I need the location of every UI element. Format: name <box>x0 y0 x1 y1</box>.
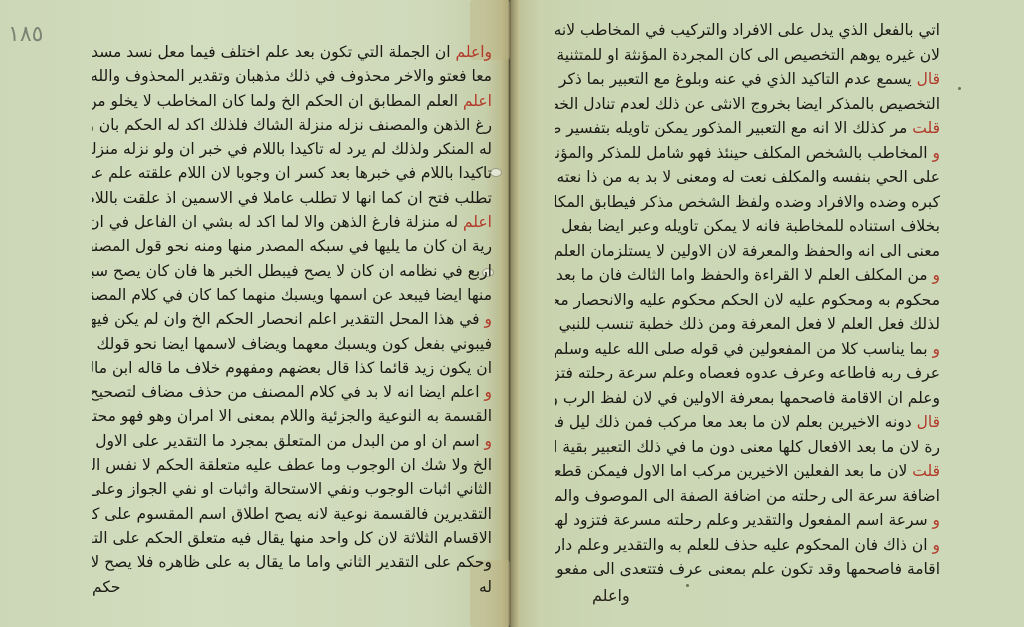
manuscript-line: له المنكر ولذلك لم يرد له تاكيدا باللام … <box>92 137 492 161</box>
line-text: اعلم ايضا انه لا بد في كلام المصنف من حذ… <box>92 383 485 401</box>
manuscript-line: لذلك فعل العلم لا فعل المعرفة ومن ذلك خط… <box>555 312 940 337</box>
manuscript-line: واعلم ان الجملة التي تكون بعد علم اختلف … <box>92 40 492 64</box>
rubric-word: قلت <box>912 462 940 480</box>
manuscript-line: قال يسمع عدم التاكيد الذي في عنه وبلوغ م… <box>555 67 940 92</box>
line-text: لان ما بعد الفعلين الاخيرين مركب اما الا… <box>555 462 912 480</box>
manuscript-line: اعلم له منزلة فارغ الذهن والا لما اكد له… <box>92 210 492 234</box>
rubric-word: اعلم <box>463 92 492 110</box>
manuscript-line: كبره وضده والافراد وضده ولفظ الشخص مذكر … <box>555 190 940 215</box>
rubric-word: و <box>933 144 941 162</box>
line-text: تاكيدا باللام في خبرها بعد كسر ان وجوبا … <box>92 164 492 182</box>
manuscript-line: محكوم به ومحكوم عليه لان الحكم محكوم علي… <box>555 288 940 313</box>
line-text: التخصيص بالمذكر ايضا بخروج الانثى عن ذلك… <box>555 95 940 113</box>
line-text: الاقسام الثلاثة لان كل واحد منها يقال في… <box>92 529 492 547</box>
manuscript-line: منها ايضا فيبعد عن اسمها ويسبك منهما كما… <box>92 283 492 307</box>
line-text: محكوم به ومحكوم عليه لان الحكم محكوم علي… <box>555 291 940 309</box>
line-text: منها ايضا فيبعد عن اسمها ويسبك منهما كما… <box>92 286 492 304</box>
line-text: القسمة به النوعية والجزئية واللام بمعنى … <box>92 407 492 425</box>
manuscript-line: عرف ربه فاطاعه وعرف عدوه فعصاه وعلم سرعة… <box>555 361 940 386</box>
manuscript-line: و اعلم ايضا انه لا بد في كلام المصنف من … <box>92 380 492 404</box>
line-text: العلم المطابق ان الحكم الخ ولما كان المخ… <box>92 92 463 110</box>
rubric-word: و <box>933 340 941 358</box>
manuscript-line: و ان ذاك فان المحكوم عليه حذف للعلم به و… <box>555 533 940 558</box>
rubric-word: و <box>485 432 493 450</box>
manuscript-line: معا فعتو والاخر محذوف في ذلك مذهبان وتقد… <box>92 64 492 88</box>
manuscript-line: التقديرين فالقسمة نوعية لانه يصح اطلاق ا… <box>92 502 492 526</box>
line-text: على الحي بنفسه والمكلف نعت له ومعنى لا ب… <box>555 168 940 186</box>
rubric-word: اعلم <box>463 213 492 231</box>
line-text: يسمع عدم التاكيد الذي في عنه وبلوغ مع ال… <box>555 70 917 88</box>
line-text: فيبوني بفعل كون ويسبك معهما ويضاف لاسمها… <box>92 335 492 353</box>
manuscript-line: له حكم <box>92 575 492 599</box>
line-text: اضافة سرعة الى رحلته من اضافة الصفة الى … <box>555 487 940 505</box>
line-text: ان يكون زيد قائما كذا قال بعضهم ومفهوم خ… <box>92 359 492 377</box>
line-text: سرعة اسم المفعول والتقدير وعلم رحلته مسر… <box>555 511 933 529</box>
rubric-word: قال <box>917 413 940 431</box>
manuscript-line: و من المكلف العلم لا القراءة والحفظ واما… <box>555 263 940 288</box>
manuscript-line: رة لان ما بعد الافعال كلها معنى دون ما ف… <box>555 435 940 460</box>
manuscript-line: الاقسام الثلاثة لان كل واحد منها يقال في… <box>92 526 492 550</box>
line-text: الخ ولا شك ان الوجوب وما عطف عليه متعلقة… <box>92 456 492 474</box>
manuscript-line: بخلاف استناده للمخاطبة فانه لا يمكن تاوي… <box>555 214 940 239</box>
manuscript-line: قلت لان ما بعد الفعلين الاخيرين مركب اما… <box>555 459 940 484</box>
manuscript-line: على الحي بنفسه والمكلف نعت له ومعنى لا ب… <box>555 165 940 190</box>
line-text: معنى الى انه والحفظ والمعرفة لان الاولين… <box>555 242 940 260</box>
manuscript-line: و سرعة اسم المفعول والتقدير وعلم رحلته م… <box>555 508 940 533</box>
manuscript-line: قلت مر كذلك الا انه مع التعبير المذكور ي… <box>555 116 940 141</box>
rubric-word: و <box>933 536 941 554</box>
manuscript-line: اقامة فاصحمها وقد تكون علم بمعنى عرف فتت… <box>555 557 940 582</box>
manuscript-line: القسمة به النوعية والجزئية واللام بمعنى … <box>92 404 492 428</box>
manuscript-line: اعلم العلم المطابق ان الحكم الخ ولما كان… <box>92 89 492 113</box>
line-text: لان غيره يوهم التخصيص الى كان المجردة ال… <box>555 46 940 64</box>
rubric-word: و <box>933 266 941 284</box>
line-text: من المكلف العلم لا القراءة والحفظ واما ا… <box>555 266 933 284</box>
line-text: وعلم ان الاقامة فاصحمها بمعرفة الاولين ف… <box>555 389 940 407</box>
line-text: اسم ان او من البدل من المتعلق بمجرد ما ا… <box>92 432 485 450</box>
line-text: ان ذاك فان المحكوم عليه حذف للعلم به وال… <box>555 536 933 554</box>
line-text: الثاني اثبات الوجوب ونفي الاستحالة واثبا… <box>92 480 492 498</box>
manuscript-line: الثاني اثبات الوجوب ونفي الاستحالة واثبا… <box>92 477 492 501</box>
line-text: التقديرين فالقسمة نوعية لانه يصح اطلاق ا… <box>92 505 492 523</box>
line-text: تطلب فتح ان كما انها لا تطلب عاملا في ال… <box>92 189 492 207</box>
book-gutter <box>500 0 520 627</box>
manuscript-line: قال دونه الاخيرين بعلم لان ما بعد معا مر… <box>555 410 940 435</box>
folio-number: ١٨٥ <box>8 22 43 47</box>
manuscript-line: تطلب فتح ان كما انها لا تطلب عاملا في ال… <box>92 186 492 210</box>
manuscript-line: رغ الذهن والمصنف نزله منزلة الشاك فلذلك … <box>92 113 492 137</box>
line-text: له المنكر ولذلك لم يرد له تاكيدا باللام … <box>92 140 492 158</box>
line-text: في هذا المحل التقدير اعلم انحصار الحكم ا… <box>92 310 485 328</box>
line-text: له منزلة فارغ الذهن والا لما اكد له بشي … <box>92 213 463 231</box>
right-page-text: اتي بالفعل الذي يدل على الافراد والتركيب… <box>555 18 940 582</box>
manuscript-line: و في هذا المحل التقدير اعلم انحصار الحكم… <box>92 307 492 331</box>
line-text: اتي بالفعل الذي يدل على الافراد والتركيب… <box>555 21 940 39</box>
manuscript-line: وحكم على التقدير الثاني واما ما يقال به … <box>92 550 492 574</box>
manuscript-line: اتي بالفعل الذي يدل على الافراد والتركيب… <box>555 18 940 43</box>
manuscript-line: ان يكون زيد قائما كذا قال بعضهم ومفهوم خ… <box>92 356 492 380</box>
manuscript-line: و المخاطب بالشخص المكلف حينئذ فهو شامل ل… <box>555 141 940 166</box>
line-text: كبره وضده والافراد وضده ولفظ الشخص مذكر … <box>555 193 940 211</box>
manuscript-line: التخصيص بالمذكر ايضا بخروج الانثى عن ذلك… <box>555 92 940 117</box>
line-text: دونه الاخيرين بعلم لان ما بعد معا مركب ف… <box>555 413 917 431</box>
line-text: معا فعتو والاخر محذوف في ذلك مذهبان وتقد… <box>92 67 492 85</box>
line-text: بما يناسب كلا من المفعولين في قوله صلى ا… <box>555 340 933 358</box>
manuscript-line: الخ ولا شك ان الوجوب وما عطف عليه متعلقة… <box>92 453 492 477</box>
rubric-word: و <box>933 511 941 529</box>
line-text: وحكم على التقدير الثاني واما ما يقال به … <box>92 553 492 571</box>
left-page-text: واعلم ان الجملة التي تكون بعد علم اختلف … <box>92 40 492 599</box>
line-text: بخلاف استناده للمخاطبة فانه لا يمكن تاوي… <box>555 217 940 235</box>
line-text: له حكم <box>92 578 492 596</box>
line-text: رة لان ما بعد الافعال كلها معنى دون ما ف… <box>555 438 940 456</box>
manuscript-line: اضافة سرعة الى رحلته من اضافة الصفة الى … <box>555 484 940 509</box>
manuscript-line: اربع في نظامه ان كان لا يصح فيبطل الخبر … <box>92 259 492 283</box>
line-text: رغ الذهن والمصنف نزله منزلة الشاك فلذلك … <box>92 116 492 134</box>
manuscript-line: فيبوني بفعل كون ويسبك معهما ويضاف لاسمها… <box>92 332 492 356</box>
line-text: ان الجملة التي تكون بعد علم اختلف فيما م… <box>92 43 456 61</box>
line-text: عرف ربه فاطاعه وعرف عدوه فعصاه وعلم سرعة… <box>555 364 940 382</box>
manuscript-line: وعلم ان الاقامة فاصحمها بمعرفة الاولين ف… <box>555 386 940 411</box>
manuscript-line: تاكيدا باللام في خبرها بعد كسر ان وجوبا … <box>92 161 492 185</box>
rubric-word: قال <box>917 70 940 88</box>
paper-speck <box>958 87 961 90</box>
rubric-word: قلت <box>912 119 940 137</box>
line-text: مر كذلك الا انه مع التعبير المذكور يمكن … <box>555 119 912 137</box>
manuscript-line: معنى الى انه والحفظ والمعرفة لان الاولين… <box>555 239 940 264</box>
manuscript-spread: ١٨٥ واعلم ان الجملة التي تكون بعد علم اخ… <box>0 0 1024 627</box>
line-text: لذلك فعل العلم لا فعل المعرفة ومن ذلك خط… <box>555 315 940 333</box>
line-text: المخاطب بالشخص المكلف حينئذ فهو شامل للم… <box>555 144 933 162</box>
rubric-word: و <box>485 383 493 401</box>
manuscript-line: رية ان كان ما يليها في سبكه المصدر منها … <box>92 234 492 258</box>
rubric-word: واعلم <box>456 43 493 61</box>
manuscript-line: لان غيره يوهم التخصيص الى كان المجردة ال… <box>555 43 940 68</box>
paper-speck <box>686 584 689 587</box>
manuscript-line: و بما يناسب كلا من المفعولين في قوله صلى… <box>555 337 940 362</box>
line-text: رية ان كان ما يليها في سبكه المصدر منها … <box>92 237 492 255</box>
line-text: اقامة فاصحمها وقد تكون علم بمعنى عرف فتت… <box>555 560 940 578</box>
line-text: اربع في نظامه ان كان لا يصح فيبطل الخبر … <box>92 262 492 280</box>
catchword: واعلم <box>592 586 630 605</box>
manuscript-line: و اسم ان او من البدل من المتعلق بمجرد ما… <box>92 429 492 453</box>
rubric-word: و <box>485 310 493 328</box>
